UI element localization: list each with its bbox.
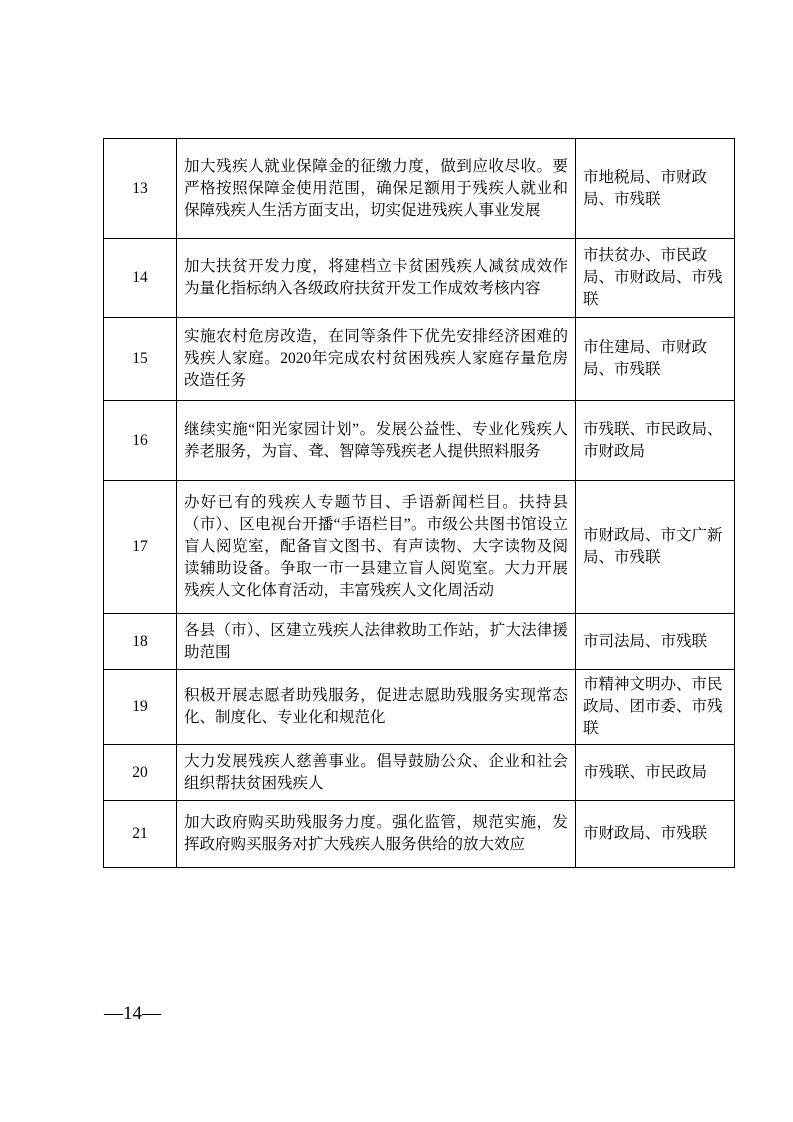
row-number-cell: 21 [104,801,177,868]
task-cell: 大力发展残疾人慈善事业。倡导鼓励公众、企业和社会组织帮扶贫困残疾人 [177,745,576,801]
table-row: 19 积极开展志愿者助残服务，促进志愿助残服务实现常态化、制度化、专业化和规范化… [104,670,735,745]
row-number-cell: 17 [104,481,177,614]
task-cell: 继续实施“阳光家园计划”。发展公益性、专业化残疾人养老服务，为盲、聋、智障等残疾… [177,401,576,481]
table-row: 18 各县（市）、区建立残疾人法律救助工作站，扩大法律援助范围 市司法局、市残联 [104,614,735,670]
dept-cell: 市财政局、市残联 [576,801,735,868]
task-cell: 加大扶贫开发力度，将建档立卡贫困残疾人减贫成效作为量化指标纳入各级政府扶贫开发工… [177,239,576,318]
row-number-cell: 16 [104,401,177,481]
table-row: 17 办好已有的残疾人专题节目、手语新闻栏目。扶持县（市）、区电视台开播“手语栏… [104,481,735,614]
table-row: 20 大力发展残疾人慈善事业。倡导鼓励公众、企业和社会组织帮扶贫困残疾人 市残联… [104,745,735,801]
task-cell: 积极开展志愿者助残服务，促进志愿助残服务实现常态化、制度化、专业化和规范化 [177,670,576,745]
table-row: 14 加大扶贫开发力度，将建档立卡贫困残疾人减贫成效作为量化指标纳入各级政府扶贫… [104,239,735,318]
row-number-cell: 15 [104,318,177,401]
task-cell: 加大残疾人就业保障金的征缴力度，做到应收尽收。要严格按照保障金使用范围，确保足额… [177,139,576,239]
task-table-body: 13 加大残疾人就业保障金的征缴力度，做到应收尽收。要严格按照保障金使用范围，确… [104,139,735,868]
dept-cell: 市财政局、市文广新局、市残联 [576,481,735,614]
task-cell: 实施农村危房改造，在同等条件下优先安排经济困难的残疾人家庭。2020年完成农村贫… [177,318,576,401]
task-cell: 加大政府购买助残服务力度。强化监管，规范实施，发挥政府购买服务对扩大残疾人服务供… [177,801,576,868]
row-number-cell: 13 [104,139,177,239]
dept-cell: 市残联、市民政局 [576,745,735,801]
page-number: —14— [104,1002,161,1026]
task-table: 13 加大残疾人就业保障金的征缴力度，做到应收尽收。要严格按照保障金使用范围，确… [103,138,735,868]
dept-cell: 市住建局、市财政局、市残联 [576,318,735,401]
dept-cell: 市司法局、市残联 [576,614,735,670]
row-number-cell: 14 [104,239,177,318]
table-row: 21 加大政府购买助残服务力度。强化监管，规范实施，发挥政府购买服务对扩大残疾人… [104,801,735,868]
document-page: 13 加大残疾人就业保障金的征缴力度，做到应收尽收。要严格按照保障金使用范围，确… [0,0,793,1122]
dept-cell: 市地税局、市财政局、市残联 [576,139,735,239]
dept-cell: 市扶贫办、市民政局、市财政局、市残联 [576,239,735,318]
table-row: 15 实施农村危房改造，在同等条件下优先安排经济困难的残疾人家庭。2020年完成… [104,318,735,401]
task-cell: 办好已有的残疾人专题节目、手语新闻栏目。扶持县（市）、区电视台开播“手语栏目”。… [177,481,576,614]
row-number-cell: 20 [104,745,177,801]
dept-cell: 市残联、市民政局、市财政局 [576,401,735,481]
row-number-cell: 18 [104,614,177,670]
table-row: 13 加大残疾人就业保障金的征缴力度，做到应收尽收。要严格按照保障金使用范围，确… [104,139,735,239]
dept-cell: 市精神文明办、市民政局、团市委、市残联 [576,670,735,745]
task-cell: 各县（市）、区建立残疾人法律救助工作站，扩大法律援助范围 [177,614,576,670]
row-number-cell: 19 [104,670,177,745]
table-row: 16 继续实施“阳光家园计划”。发展公益性、专业化残疾人养老服务，为盲、聋、智障… [104,401,735,481]
